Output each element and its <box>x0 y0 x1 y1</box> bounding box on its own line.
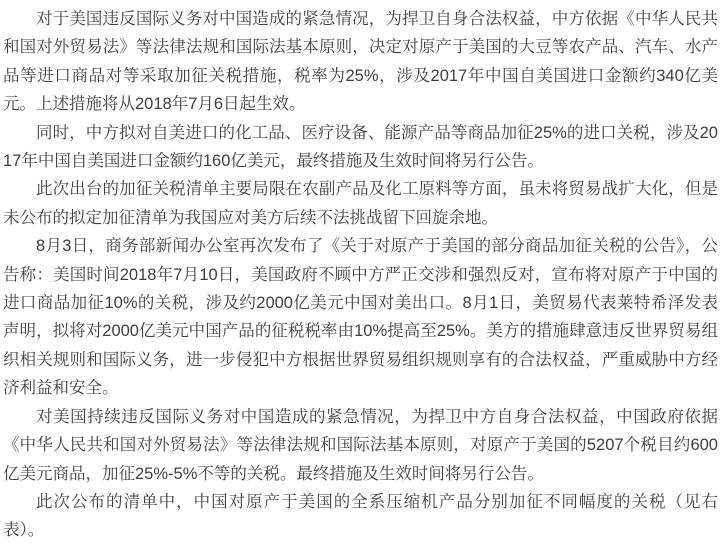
paragraph-aug3-announcement: 8月3日，商务部新闻办公室再次发布了《关于对原产于美国的部分商品加征关税的公告》… <box>3 232 718 402</box>
paragraph-compressor-note: 此次公布的清单中，中国对原产于美国的全系压缩机产品分别加征不同幅度的关税（见右表… <box>3 488 718 544</box>
paragraph-list-scope: 此次出台的加征关税清单主要局限在农副产品及化工原料等方面，虽未将贸易战扩大化，但… <box>3 175 718 232</box>
article-body: 对于美国违反国际义务对中国造成的紧急情况，为捍卫自身合法权益，中方依据《中华人民… <box>0 0 721 544</box>
paragraph-600b-counter-tariff: 对美国持续违反国际义务对中国造成的紧急情况，为捍卫中方自身合法权益，中国政府依据… <box>3 403 718 488</box>
paragraph-tariff-16b: 同时，中方拟对自美进口的化工品、医疗设备、能源产品等商品加征25%的进口关税，涉… <box>3 119 718 176</box>
paragraph-tariff-34b: 对于美国违反国际义务对中国造成的紧急情况，为捍卫自身合法权益，中方依据《中华人民… <box>3 5 718 119</box>
